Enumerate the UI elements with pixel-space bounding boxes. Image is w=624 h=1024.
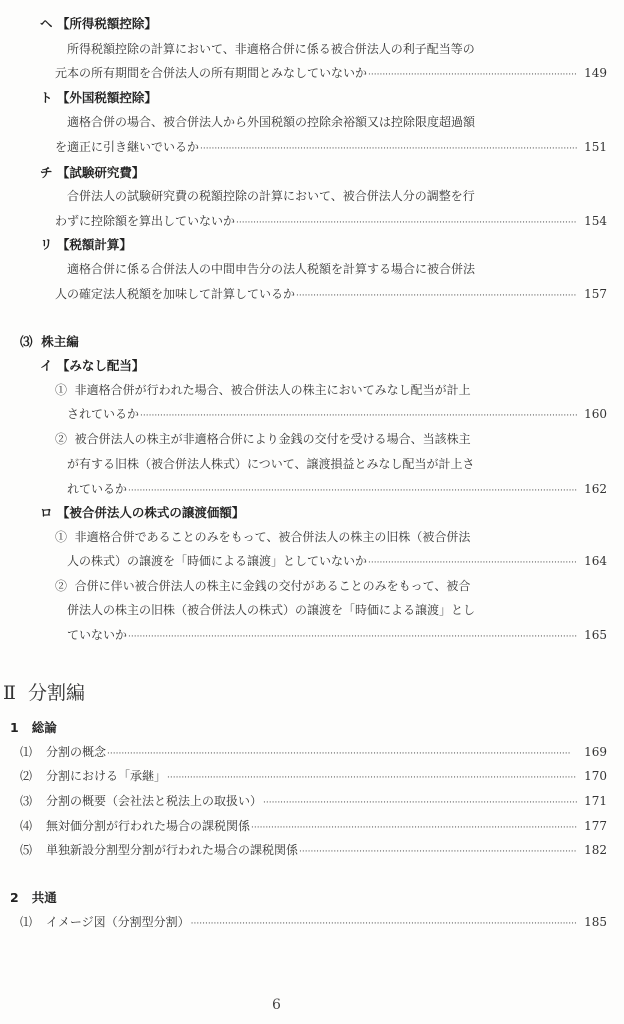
leader-dots — [107, 749, 577, 759]
page-ref: 170 — [581, 769, 607, 783]
page-ref: 149 — [581, 66, 607, 80]
toc-entry-general-3[interactable]: ⑶分割の概要（会社法と税法上の取扱い）171 — [20, 792, 607, 809]
toc-heading-ro: ロ 【被合併法人の株式の譲渡価額】 — [40, 503, 244, 521]
toc-entry-ro-2[interactable]: ていないか165 — [67, 626, 607, 643]
toc-heading-i: イ 【みなし配当】 — [40, 356, 144, 374]
page-ref: 171 — [581, 794, 607, 808]
leader-dots — [191, 919, 577, 929]
leader-dots — [128, 486, 577, 496]
page-number: 6 — [272, 997, 281, 1013]
toc-entry-general-5[interactable]: ⑸単独新設分割型分割が行われた場合の課税関係182 — [20, 841, 607, 858]
toc-entry-general-4[interactable]: ⑷無対価分割が行われた場合の課税関係177 — [20, 817, 607, 834]
page-ref: 182 — [581, 843, 607, 857]
page-ref: 169 — [581, 745, 607, 759]
leader-dots — [236, 218, 577, 228]
toc-text: 併法人の株主の旧株（被合併法人の株式）の譲渡を「時価による譲渡」とし — [67, 601, 475, 618]
leader-dots — [167, 773, 577, 783]
toc-section-shareholder: ⑶ 株主編 — [20, 332, 79, 350]
leader-dots — [128, 632, 577, 642]
leader-dots — [251, 823, 577, 833]
toc-entry-he[interactable]: 元本の所有期間を合併法人の所有期間とみなしていないか149 — [55, 64, 607, 81]
page-ref: 154 — [581, 214, 607, 228]
toc-entry-common-1[interactable]: ⑴イメージ図（分割型分割）185 — [20, 913, 607, 930]
toc-entry-i-1[interactable]: されているか160 — [67, 405, 607, 422]
toc-text: 適格合併の場合、被合併法人から外国税額の控除余裕額又は控除限度超過額 — [67, 113, 475, 130]
page-ref: 165 — [581, 628, 607, 642]
toc-text: が有する旧株（被合併法人株式）について、譲渡損益とみなし配当が計上さ — [67, 455, 475, 472]
leader-dots — [200, 144, 577, 154]
page-ref: 151 — [581, 140, 607, 154]
toc-entry-chi[interactable]: わずに控除額を算出していないか154 — [55, 212, 607, 229]
toc-heading-ri: リ 【税額計算】 — [40, 235, 132, 253]
leader-dots — [368, 70, 577, 80]
leader-dots — [299, 847, 577, 857]
toc-text: 所得税額控除の計算において、非適格合併に係る被合併法人の利子配当等の — [67, 40, 475, 57]
toc-chapter-common: 2 共通 — [10, 888, 57, 906]
toc-chapter-general: 1 総論 — [10, 718, 57, 736]
toc-entry-ri[interactable]: 人の確定法人税額を加味して計算しているか157 — [55, 285, 607, 302]
toc-entry-ro-1[interactable]: 人の株式）の譲渡を「時価による譲渡」としていないか164 — [67, 552, 607, 569]
toc-entry-general-1[interactable]: ⑴分割の概念169 — [20, 743, 607, 760]
toc-page: ヘ 【所得税額控除】 所得税額控除の計算において、非適格合併に係る被合併法人の利… — [0, 0, 624, 1024]
leader-dots — [296, 291, 577, 301]
page-ref: 177 — [581, 819, 607, 833]
toc-heading-he: ヘ 【所得税額控除】 — [40, 14, 157, 32]
toc-text: ① 非適格合併であることのみをもって、被合併法人の株主の旧株（被合併法 — [55, 528, 470, 545]
toc-text: ② 被合併法人の株主が非適格合併により金銭の交付を受ける場合、当該株主 — [55, 430, 471, 447]
toc-text: ② 合併に伴い被合併法人の株主に金銭の交付があることのみをもって、被合 — [55, 577, 470, 594]
leader-dots — [140, 411, 577, 421]
toc-entry-to[interactable]: を適正に引き継いでいるか151 — [55, 138, 607, 155]
toc-text: ① 非適格合併が行われた場合、被合併法人の株主においてみなし配当が計上 — [55, 381, 471, 398]
page-ref: 160 — [581, 407, 607, 421]
page-ref: 185 — [581, 915, 607, 929]
page-ref: 164 — [581, 554, 607, 568]
toc-text: 合併法人の試験研究費の税額控除の計算において、被合併法人分の調整を行 — [67, 187, 475, 204]
page-ref: 157 — [581, 287, 607, 301]
toc-entry-general-2[interactable]: ⑵分割における「承継」170 — [20, 767, 607, 784]
toc-text: 適格合併に係る合併法人の中間申告分の法人税額を計算する場合に被合併法 — [67, 260, 475, 277]
toc-part-heading: Ⅱ 分割編 — [3, 678, 85, 705]
leader-dots — [263, 798, 577, 808]
page-ref: 162 — [581, 482, 607, 496]
toc-heading-chi: チ 【試験研究費】 — [40, 163, 144, 181]
toc-entry-i-2[interactable]: れているか162 — [67, 480, 607, 497]
leader-dots — [368, 558, 577, 568]
toc-heading-to: ト 【外国税額控除】 — [40, 88, 157, 106]
